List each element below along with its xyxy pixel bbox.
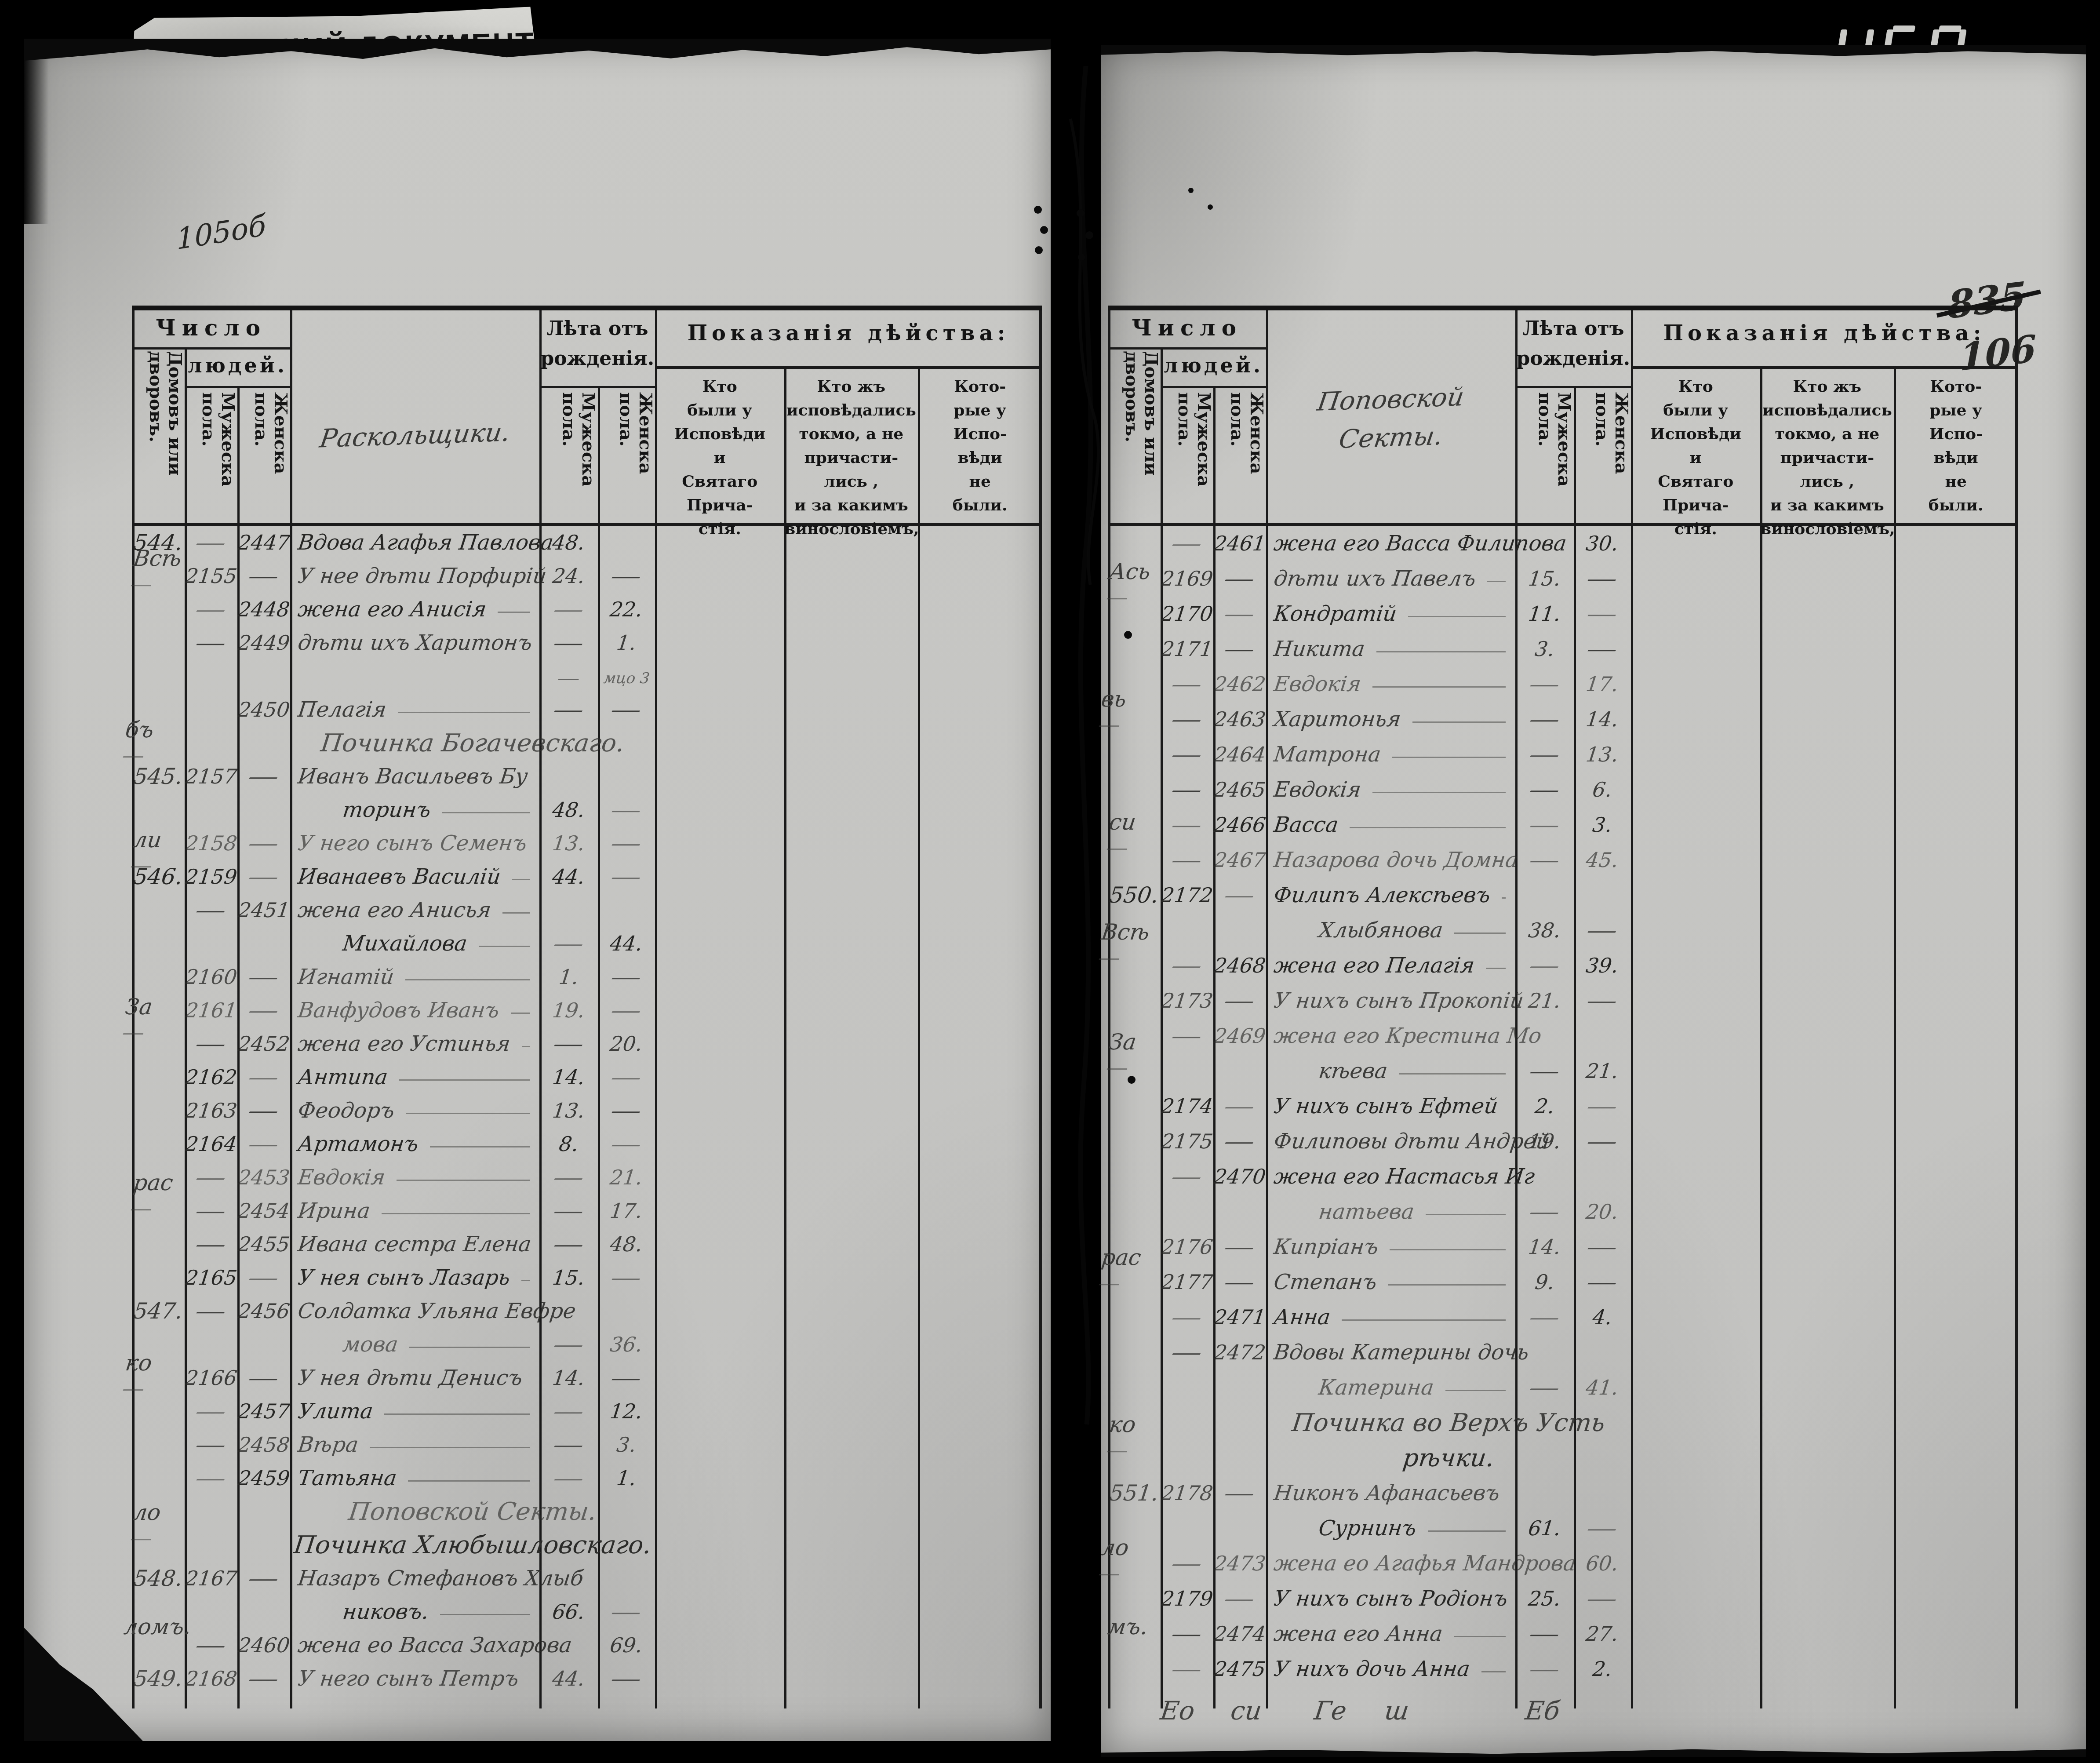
female-age-cell: —: [598, 1099, 655, 1122]
cell-value: —: [608, 564, 646, 588]
female-number-cell: 2470: [1213, 1165, 1266, 1188]
house-number-cell: 550.: [1108, 882, 1161, 908]
male-age-cell: [1515, 883, 1573, 907]
male-age-cell: 3.: [1515, 637, 1573, 661]
table-row: —2459Татьяна—1.: [132, 1461, 1042, 1495]
male-number-cell: 2179: [1161, 1587, 1213, 1610]
header-actions-group: Показанія дѣйства:: [1631, 321, 2018, 346]
table-row: торинъ48.—: [132, 793, 1042, 827]
table-row: 2160—Игнатій1.—: [132, 960, 1042, 994]
house-number-cell: [132, 664, 185, 688]
female-age-cell: 17.: [1574, 672, 1631, 696]
house-number-cell: [1108, 1094, 1161, 1118]
male-number-cell: —: [185, 1166, 237, 1189]
entry-name: Ванфудовъ Иванъ: [297, 998, 501, 1023]
section-heading-row: Починка во Верхъ Усть: [1108, 1405, 2018, 1440]
entry-name: Вѣра: [297, 1432, 360, 1457]
faint-note-fragment: Ео: [1159, 1696, 1197, 1726]
cell-value: 2168: [184, 1667, 238, 1690]
flourish-line: [1445, 1390, 1506, 1391]
cell-value: —: [192, 898, 230, 922]
cell-value: —: [1221, 602, 1259, 626]
male-age-cell: 15.: [539, 1266, 597, 1289]
flourish-line: [1412, 721, 1506, 723]
cell-value: —: [550, 1433, 588, 1457]
table-row: 550.2172—Филипъ Алексѣевъ: [1108, 878, 2018, 913]
cell-value: —: [1525, 954, 1564, 977]
table-row: Хлыбянова38.—: [1108, 913, 2018, 948]
name-cell: Ивана сестра Елена: [290, 1232, 539, 1257]
table-row: 2164—Артамонъ8.—: [132, 1127, 1042, 1161]
table-row: Михайлова—44.: [132, 927, 1042, 960]
male-number-cell: —: [1161, 707, 1213, 731]
cell-value: —: [1525, 813, 1564, 837]
male-number-cell: —: [1161, 1622, 1213, 1646]
header-col-male-age: Мужеска пола.: [539, 392, 597, 520]
house-number-cell: 548.: [132, 1566, 185, 1591]
table-row: —2448жена его Анисія—22.: [132, 593, 1042, 626]
cell-value: 3.: [615, 1433, 638, 1457]
cell-value: 1.: [615, 631, 638, 655]
female-age-cell: 20.: [598, 1032, 655, 1056]
table-row: мова—36.: [132, 1328, 1042, 1361]
male-number-cell: —: [1161, 1340, 1213, 1364]
female-age-cell: 48.: [598, 1232, 655, 1256]
table-row: —2457Улита—12.: [132, 1395, 1042, 1428]
female-number-cell: —: [1213, 989, 1266, 1013]
cell-value: —: [245, 1667, 283, 1690]
male-number-cell: —: [1161, 672, 1213, 696]
name-cell: дѣти ихъ Павелъ: [1266, 566, 1515, 591]
female-age-cell: [1574, 883, 1631, 907]
flourish-line: [399, 1079, 530, 1081]
cell-value: 2470: [1212, 1165, 1267, 1188]
cell-value: 48.: [609, 1232, 644, 1256]
house-number-cell: [1108, 1305, 1161, 1329]
female-age-cell: —: [598, 1600, 655, 1624]
cell-value: —: [1168, 954, 1206, 977]
male-number-cell: —: [185, 631, 237, 655]
flourish-line: [1350, 827, 1506, 828]
cell-value: —: [192, 1232, 230, 1256]
cell-value: —: [1221, 1235, 1259, 1259]
cell-value: 2169: [1160, 567, 1214, 590]
entry-name: У него сынъ Петръ: [297, 1666, 520, 1691]
margin-note-fragment: мъ.: [1106, 1614, 1149, 1639]
male-number-cell: —: [185, 531, 237, 554]
cell-value: —: [1168, 848, 1206, 872]
cell-value: —: [192, 1299, 230, 1323]
table-row: 2161—Ванфудовъ Иванъ19.—: [132, 994, 1042, 1027]
male-number-cell: [1161, 1376, 1213, 1399]
entry-name: Назаръ Стефановъ Хлыб: [297, 1566, 585, 1591]
cell-value: 2452: [237, 1032, 291, 1056]
female-number-cell: [1213, 1516, 1266, 1540]
name-cell: Матрона: [1266, 742, 1515, 767]
female-age-cell: 12.: [598, 1399, 655, 1423]
male-number-cell: —: [1161, 1305, 1213, 1329]
cell-value: 2467: [1212, 848, 1267, 872]
male-age-cell: —: [539, 1232, 597, 1256]
female-age-cell: —: [1574, 1129, 1631, 1153]
entry-name: Никонъ Афанасьевъ: [1273, 1481, 1501, 1505]
cell-value: —: [1525, 1200, 1564, 1224]
house-number-cell: [1108, 532, 1161, 555]
cell-value: 1.: [615, 1466, 638, 1490]
cell-value: 2447: [237, 531, 291, 554]
cell-value: 2163: [184, 1099, 238, 1122]
table-row: натьева—20.: [1108, 1194, 2018, 1229]
cell-value: —: [1168, 1340, 1206, 1364]
faint-note-fragment: си: [1229, 1696, 1263, 1726]
flourish-line: [382, 1213, 530, 1214]
margin-note-fragment: рас: [129, 1170, 175, 1221]
male-age-cell: 9.: [1515, 1270, 1573, 1294]
cell-value: 2464: [1212, 743, 1267, 766]
female-number-cell: —: [237, 1566, 290, 1590]
female-age-cell: —: [598, 1132, 655, 1156]
table-row: 2155—У нее дѣти Порфирій24.—: [132, 559, 1042, 593]
cell-value: —: [1583, 918, 1622, 942]
name-cell: У нея дѣти Денисъ: [290, 1366, 539, 1390]
female-number-cell: [1213, 1200, 1266, 1224]
male-age-cell: 14.: [1515, 1235, 1573, 1259]
cell-value: —: [1583, 1129, 1622, 1153]
flourish-line: [1390, 1249, 1506, 1250]
table-row: —2466Васса—3.: [1108, 807, 2018, 842]
name-cell: натьева: [1266, 1199, 1515, 1224]
cell-value: —: [245, 1566, 283, 1590]
section-heading-row: Починка Богачевскаго.: [132, 726, 1042, 760]
cell-value: —: [192, 1633, 230, 1657]
cell-value: —: [245, 1366, 283, 1390]
name-cell: Васса: [1266, 812, 1515, 837]
house-number-cell: [132, 631, 185, 655]
female-number-cell: 2472: [1213, 1340, 1266, 1364]
cell-value: 38.: [1527, 918, 1562, 942]
table-row: 2170—Кондратій11.—: [1108, 596, 2018, 631]
name-cell: У нее дѣти Порфирій: [290, 564, 539, 588]
table-row: —мцо 3: [132, 659, 1042, 693]
cell-value: —: [192, 1199, 230, 1223]
female-age-cell: —: [1574, 1094, 1631, 1118]
name-cell: Феодоръ: [290, 1098, 539, 1123]
female-age-cell: 60.: [1574, 1552, 1631, 1575]
male-age-cell: —: [1515, 707, 1573, 731]
cell-value: 2157: [184, 765, 238, 788]
female-number-cell: 2465: [1213, 778, 1266, 801]
cell-value: 2465: [1212, 778, 1267, 801]
male-number-cell: [185, 664, 237, 688]
table-row: 545.2157—Иванъ Васильевъ Бу: [132, 760, 1042, 793]
table-row: —2462Евдокія—17.: [1108, 667, 2018, 702]
cell-value: —: [550, 597, 588, 621]
female-number-cell: [237, 1333, 290, 1356]
male-number-cell: —: [1161, 778, 1213, 801]
name-cell: У нихъ дочь Анна: [1266, 1657, 1515, 1681]
house-number-cell: [1108, 1657, 1161, 1681]
male-age-cell: —: [1515, 778, 1573, 801]
cell-value: —: [550, 1032, 588, 1056]
male-number-cell: —: [185, 597, 237, 621]
male-number-cell: —: [1161, 1024, 1213, 1048]
male-number-cell: —: [1161, 532, 1213, 555]
cell-value: —: [608, 1667, 646, 1690]
name-cell: Иванъ Васильевъ Бу: [290, 764, 539, 789]
name-cell: Евдокія: [290, 1165, 539, 1190]
male-age-cell: 13.: [539, 1099, 597, 1122]
cell-value: —: [1168, 1165, 1206, 1188]
entry-name: У нея сынъ Лазарь: [297, 1265, 512, 1290]
name-cell: жена его Анна: [1266, 1621, 1515, 1646]
cell-value: —: [1221, 1587, 1259, 1610]
entry-name: Никита: [1273, 637, 1366, 661]
entry-name: Феодоръ: [297, 1098, 396, 1123]
female-age-cell: —: [1574, 1587, 1631, 1610]
cell-value: 15.: [1527, 567, 1562, 590]
cell-value: —: [1525, 1622, 1564, 1646]
flourish-line: [1487, 581, 1506, 582]
header-col-male-number: Мужеска пола.: [1161, 392, 1213, 520]
female-age-cell: —: [598, 1065, 655, 1089]
entry-name: Евдокія: [1273, 777, 1363, 802]
header-col-female-age: Женска пола.: [598, 392, 655, 520]
cell-value: 44.: [551, 865, 586, 889]
female-number-cell: 2463: [1213, 707, 1266, 731]
name-cell: Евдокія: [1266, 777, 1515, 802]
female-number-cell: —: [1213, 1481, 1266, 1505]
flourish-line: [406, 1113, 530, 1114]
cell-value: 2472: [1212, 1340, 1267, 1364]
cell-value: —: [1221, 989, 1259, 1013]
name-cell: Вдовы Катерины дочь: [1266, 1340, 1515, 1365]
female-age-cell: [598, 1566, 655, 1590]
female-age-cell: 22.: [598, 597, 655, 621]
house-number-cell: [132, 1065, 185, 1089]
female-number-cell: —: [1213, 602, 1266, 626]
female-age-cell: 3.: [598, 1433, 655, 1457]
female-age-cell: 14.: [1574, 707, 1631, 731]
table-row: 2162—Антипа14.—: [132, 1060, 1042, 1094]
torn-edge-top: [24, 39, 1051, 67]
cell-value: 2175: [1160, 1129, 1214, 1153]
female-age-cell: 39.: [1574, 954, 1631, 977]
entry-name: У нихъ сынъ Ефтей: [1273, 1094, 1499, 1118]
cell-value: —: [192, 1166, 230, 1189]
male-number-cell: 2176: [1161, 1235, 1213, 1259]
male-number-cell: —: [185, 1199, 237, 1223]
house-number-cell: [1108, 989, 1161, 1013]
female-age-cell: —: [1574, 1235, 1631, 1259]
entry-name: Филиповы дѣти Андрей: [1273, 1129, 1551, 1154]
male-number-cell: 2166: [185, 1366, 237, 1390]
cell-value: 11.: [1527, 602, 1562, 626]
female-age-cell: —: [598, 865, 655, 889]
cell-value: —: [1168, 1657, 1206, 1681]
cell-value: 20.: [609, 1032, 644, 1056]
cell-value: 2161: [184, 998, 238, 1022]
cell-value: —: [1583, 1516, 1622, 1540]
header-action-col1: Кто были у Исповѣди и Святаго Прича- сті…: [655, 375, 784, 541]
entry-name: Солдатка Ульяна Евфре: [297, 1299, 578, 1323]
name-cell: Пелагія: [290, 697, 539, 722]
entry-name: Иванъ Васильевъ Бу: [297, 764, 529, 789]
table-row: 2174—У нихъ сынъ Ефтей2.—: [1108, 1089, 2018, 1124]
cell-value: 24.: [551, 564, 586, 588]
female-number-cell: —: [1213, 1270, 1266, 1294]
table-row: 2163—Феодоръ13.—: [132, 1094, 1042, 1127]
cell-value: 2166: [184, 1366, 238, 1390]
name-cell: Ванфудовъ Иванъ: [290, 998, 539, 1023]
name-cell: жена ео Васса Захарова: [290, 1633, 539, 1657]
cell-value: 2458: [237, 1433, 291, 1457]
flourish-line: [1372, 686, 1506, 688]
cell-value: 3.: [1533, 637, 1556, 661]
entry-name: мова: [342, 1332, 400, 1357]
female-age-cell: —: [1574, 567, 1631, 590]
entry-name: торинъ: [342, 798, 433, 822]
table-row: 547.—2456Солдатка Ульяна Евфре: [132, 1294, 1042, 1328]
male-number-cell: 2171: [1161, 637, 1213, 661]
male-number-cell: 2170: [1161, 602, 1213, 626]
cell-value: —: [1525, 1657, 1564, 1681]
flourish-line: [430, 1146, 530, 1147]
male-number-cell: 2168: [185, 1667, 237, 1690]
cell-value: —: [608, 1132, 646, 1156]
female-number-cell: 2453: [237, 1166, 290, 1189]
female-age-cell: —: [1574, 918, 1631, 942]
cell-value: —: [1583, 1270, 1622, 1294]
cell-value: —: [1583, 1587, 1622, 1610]
cell-value: —: [1168, 707, 1206, 731]
male-age-cell: —: [539, 1199, 597, 1223]
female-age-cell: —: [598, 1266, 655, 1289]
name-cell: торинъ: [290, 798, 539, 822]
cell-value: 2171: [1160, 637, 1214, 661]
right-page: 835 106 Число людей. Домовъ и: [1101, 46, 2086, 1756]
cell-value: 1.: [557, 965, 580, 989]
female-age-cell: —: [1574, 637, 1631, 661]
house-number-cell: [132, 898, 185, 922]
cell-value: 2453: [237, 1166, 291, 1189]
cell-value: —: [192, 631, 230, 655]
entry-name: Хлыбянова: [1318, 918, 1445, 943]
entry-name: дѣти ихъ Павелъ: [1273, 566, 1478, 591]
female-age-cell: —: [598, 798, 655, 822]
section-heading: рѣчки.: [1264, 1444, 1633, 1472]
cell-value: 60.: [1585, 1552, 1620, 1575]
cell-value: 2173: [1160, 989, 1214, 1013]
section-heading-row: Починка Хлюбышловскаго.: [132, 1528, 1042, 1562]
entry-name: жена его Пелагія: [1273, 953, 1476, 978]
confession-table-left: Число людей. Домовъ или дворовъ. Мужеска…: [132, 306, 1042, 1708]
male-number-cell: [1161, 918, 1213, 942]
female-number-cell: —: [237, 831, 290, 855]
name-cell: жена его Пелагія: [1266, 953, 1515, 978]
cell-value: —: [1221, 567, 1259, 590]
table-row: —2460жена ео Васса Захарова69.: [132, 1628, 1042, 1662]
cell-value: 2179: [1160, 1587, 1214, 1610]
house-number-cell: 547.: [132, 1298, 185, 1324]
cell-value: —: [1221, 883, 1259, 907]
cell-value: 13.: [551, 1099, 586, 1122]
cell-value: 2.: [1533, 1094, 1556, 1118]
house-number-cell: 549.: [132, 1666, 185, 1691]
male-age-cell: [1515, 1481, 1573, 1505]
cell-value: —: [550, 1232, 588, 1256]
name-cell: Филиповы дѣти Андрей: [1266, 1129, 1515, 1154]
male-number-cell: —: [1161, 848, 1213, 872]
male-number-cell: 2162: [185, 1065, 237, 1089]
entry-name: Артамонъ: [297, 1132, 420, 1156]
male-age-cell: 13.: [539, 831, 597, 855]
female-number-cell: 2455: [237, 1232, 290, 1256]
female-number-cell: 2451: [237, 898, 290, 922]
male-age-cell: 61.: [1515, 1516, 1573, 1540]
flourish-line: [1426, 1214, 1506, 1215]
cell-value: 2177: [1160, 1270, 1214, 1294]
header-number-group-sub: людей.: [185, 353, 290, 377]
male-number-cell: 2174: [1161, 1094, 1213, 1118]
table-row: 2175—Филиповы дѣти Андрей19.—: [1108, 1124, 2018, 1159]
entry-name: жена его Васса Филипова: [1273, 531, 1568, 556]
name-cell: кѣева: [1266, 1059, 1515, 1083]
entry-name: жена его Крестина Мо: [1273, 1024, 1543, 1048]
male-number-cell: —: [185, 1466, 237, 1490]
cell-value: —: [550, 932, 588, 955]
cell-value: —: [245, 865, 283, 889]
cell-value: 2475: [1212, 1657, 1267, 1681]
male-number-cell: 2155: [185, 564, 237, 588]
female-age-cell: 1.: [598, 631, 655, 655]
table-row: 2165—У нея сынъ Лазарь15.—: [132, 1261, 1042, 1294]
cell-value: 13.: [551, 831, 586, 855]
female-number-cell: —: [1213, 883, 1266, 907]
section-heading: Починка во Верхъ Усть: [1264, 1409, 1633, 1437]
cell-value: —: [550, 1199, 588, 1223]
cell-value: 69.: [609, 1633, 644, 1657]
cell-value: —: [608, 1600, 646, 1624]
entry-name: Матрона: [1273, 742, 1383, 767]
cell-value: 2468: [1212, 954, 1267, 977]
male-number-cell: [185, 1600, 237, 1624]
table-row: 2166—У нея дѣти Денисъ14.—: [132, 1361, 1042, 1395]
cell-value: —: [550, 1166, 588, 1189]
house-number-cell: [132, 932, 185, 955]
table-row: —2454Ирина—17.: [132, 1194, 1042, 1228]
name-cell: Антипа: [290, 1065, 539, 1089]
header-col-female-age: Женска пола.: [1574, 392, 1631, 520]
male-age-cell: —: [539, 597, 597, 621]
house-number-cell: [1108, 1340, 1161, 1364]
cell-value: 2461: [1212, 532, 1267, 555]
entry-name: Харитонья: [1273, 707, 1402, 732]
cell-value: —: [550, 1333, 588, 1356]
cell-value: 2462: [1212, 672, 1267, 696]
margin-note-fragment: ломъ.: [122, 1614, 193, 1639]
table-row: —2472Вдовы Катерины дочь: [1108, 1335, 2018, 1370]
entry-name: жена его Анна: [1273, 1621, 1444, 1646]
entry-name: Улита: [297, 1399, 375, 1424]
header-number-group: Число: [1108, 315, 1266, 341]
female-number-cell: 2464: [1213, 743, 1266, 766]
header-action-col3: Кото- рые у Испо- вѣди не были.: [1894, 375, 2018, 517]
cell-value: 2167: [184, 1566, 238, 1590]
cell-value: —: [192, 1466, 230, 1490]
male-number-cell: —: [185, 1032, 237, 1056]
male-age-cell: 24.: [539, 564, 597, 588]
cell-value: 17.: [609, 1199, 644, 1223]
